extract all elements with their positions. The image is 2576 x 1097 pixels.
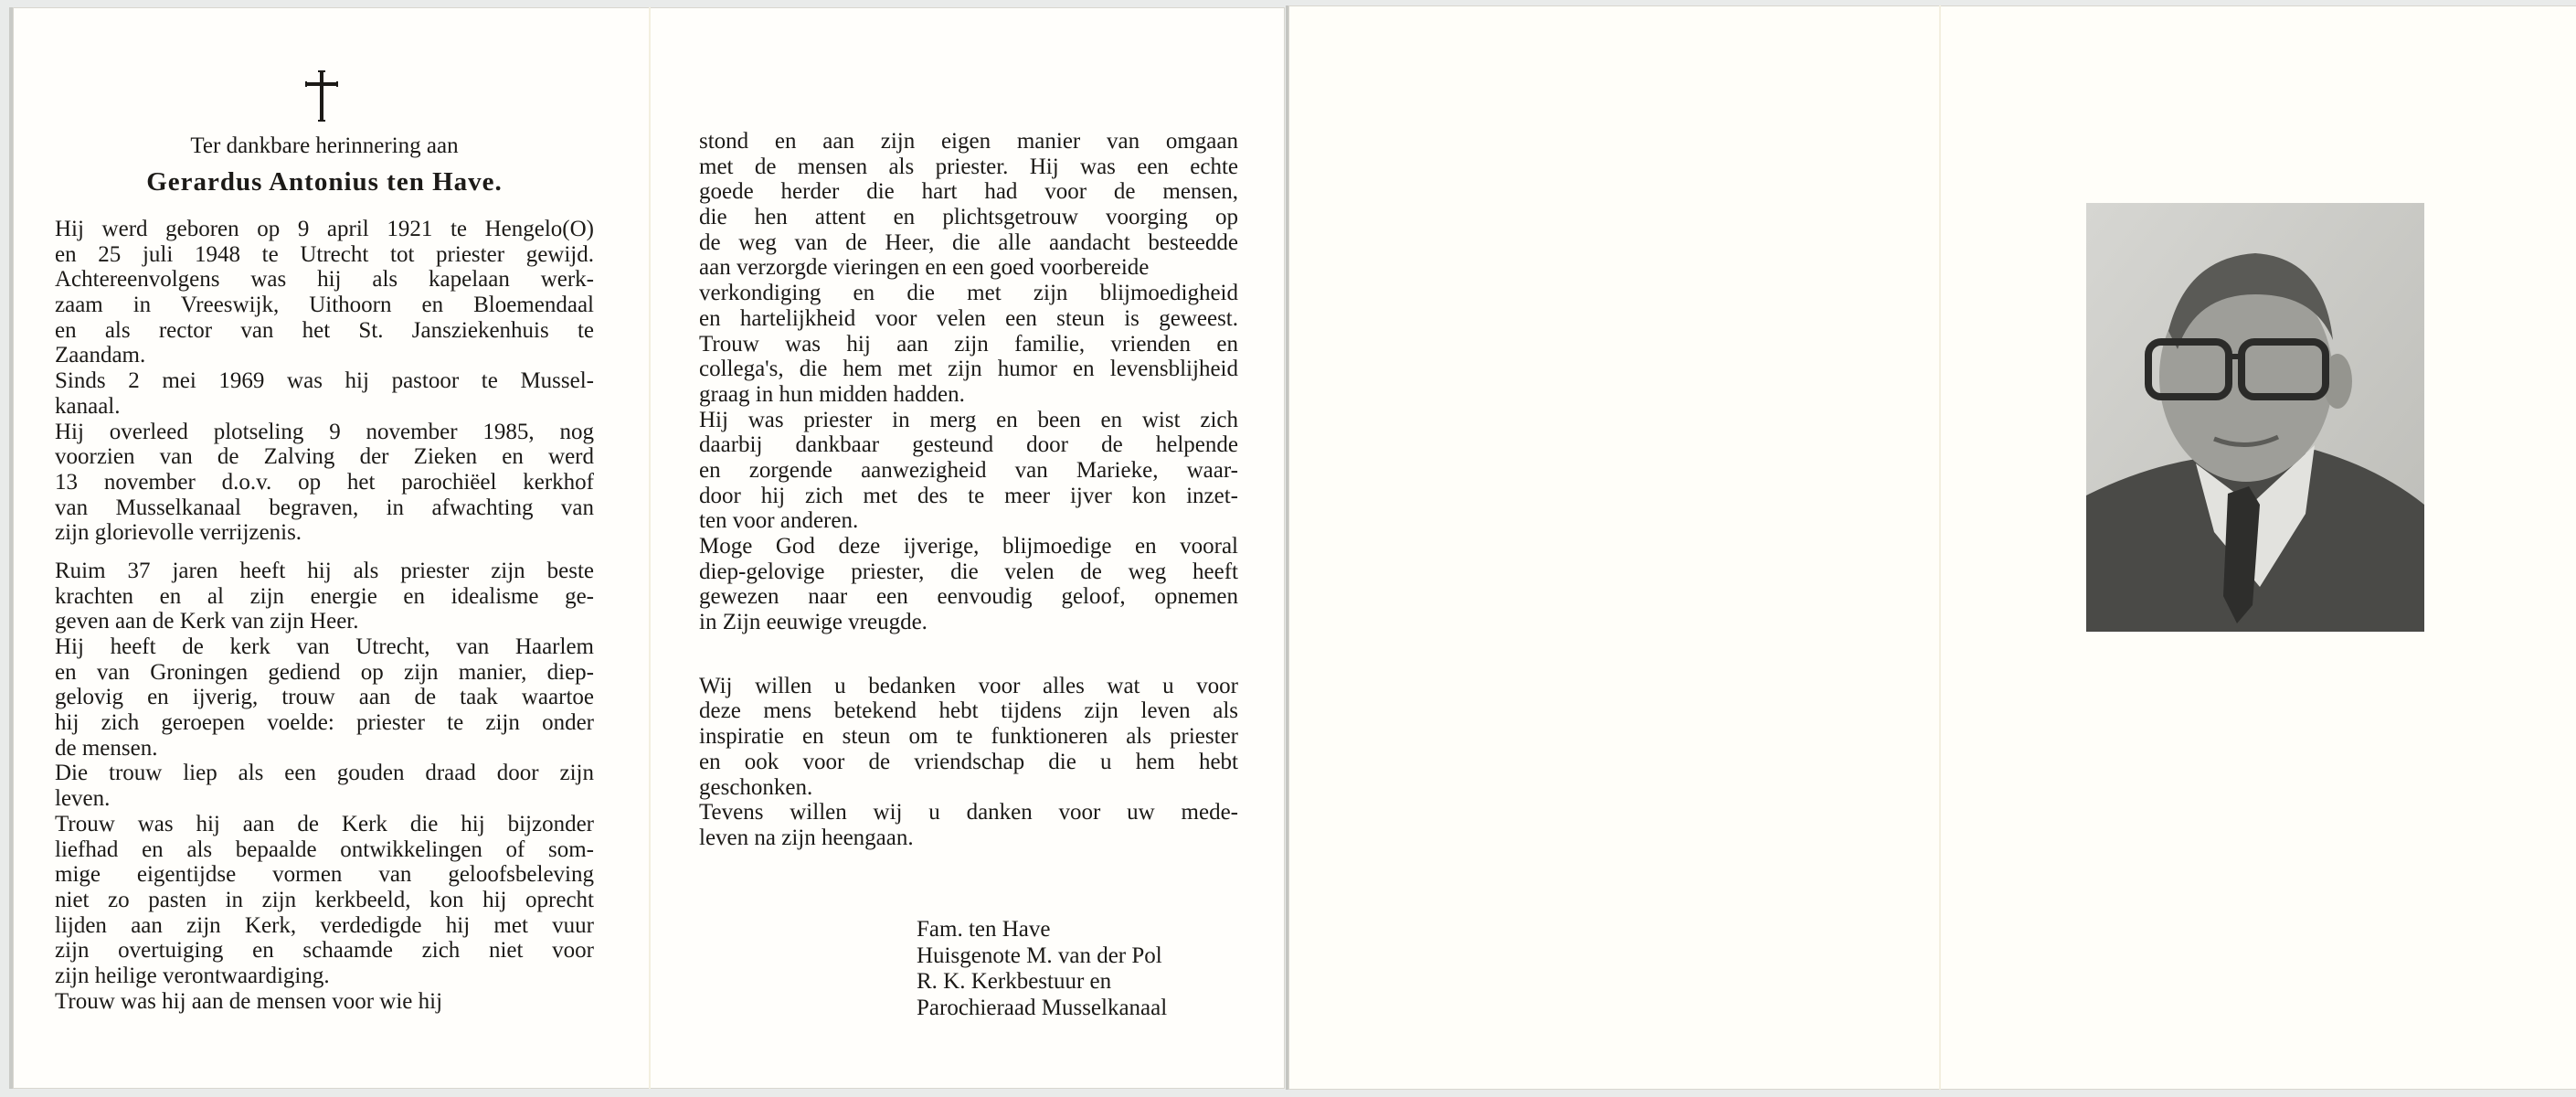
text-line: zijn heilige verontwaardiging. <box>55 964 594 989</box>
text-line: goede herder die hart had voor de mensen… <box>699 179 1238 205</box>
text-line: Trouw was hij aan de Kerk die hij bijzon… <box>55 812 594 837</box>
text-line: Hij werd geboren op 9 april 1921 te Heng… <box>55 217 594 242</box>
paragraph-gap <box>699 648 1238 661</box>
text-line: Moge God deze ijverige, blijmoedige en v… <box>699 534 1238 559</box>
intro-text: Ter dankbare herinnering aan <box>55 133 594 159</box>
text-line: Trouw was hij aan de mensen voor wie hij <box>55 989 594 1015</box>
text-line: van Musselkanaal begraven, in afwachting… <box>55 495 594 521</box>
text-line: de mensen. <box>55 736 594 762</box>
text-line: liefhad en als bepaalde ontwikkelingen o… <box>55 837 594 863</box>
text-line: Wij willen u bedanken voor alles wat u v… <box>699 674 1238 699</box>
deceased-name: Gerardus Antonius ten Have. <box>55 167 594 197</box>
text-line: leven. <box>55 786 594 812</box>
text-line: collega's, die hem met zijn humor en lev… <box>699 357 1238 382</box>
text-line: Ruim 37 jaren heeft hij als priester zij… <box>55 559 594 584</box>
text-line: deze mens betekend hebt tijdens zijn lev… <box>699 698 1238 724</box>
text-line: Hij was priester in merg en been en wist… <box>699 408 1238 433</box>
tribute-column: stond en aan zijn eigen manier van omgaa… <box>699 129 1238 851</box>
text-line: en als rector van het St. Jansziekenhuis… <box>55 318 594 344</box>
signatory-line: Huisgenote M. van der Pol <box>917 943 1167 970</box>
text-line: gewezen naar een eenvoudig geloof, opnem… <box>699 584 1238 610</box>
text-line: graag in hun midden hadden. <box>699 382 1238 408</box>
text-line: en hartelijkheid voor velen een steun is… <box>699 306 1238 332</box>
text-line: en ook voor de vriendschap die u hem heb… <box>699 750 1238 775</box>
signatories: Fam. ten HaveHuisgenote M. van der PolR.… <box>917 917 1167 1021</box>
text-line: aan verzorgde vieringen en een goed voor… <box>699 255 1238 281</box>
fold-line <box>649 7 651 1089</box>
text-line: 13 november d.o.v. op het parochiëel ker… <box>55 470 594 495</box>
text-line: daarbij dankbaar gesteund door de helpen… <box>699 432 1238 458</box>
text-line: Hij heeft de kerk van Utrecht, van Haarl… <box>55 634 594 660</box>
text-line: stond en aan zijn eigen manier van omgaa… <box>699 129 1238 154</box>
text-line: geven aan de Kerk van zijn Heer. <box>55 609 594 634</box>
text-line: gelovig en ijverig, trouw aan de taak wa… <box>55 685 594 710</box>
text-line: krachten en al zijn energie en idealisme… <box>55 584 594 610</box>
text-line: mige eigentijdse vormen van geloofsbelev… <box>55 862 594 888</box>
text-line: hij zich geroepen voelde: priester te zi… <box>55 710 594 736</box>
text-line: met de mensen als priester. Hij was een … <box>699 154 1238 180</box>
text-line: Trouw was hij aan zijn familie, vrienden… <box>699 332 1238 357</box>
text-line: zijn overtuiging en schaamde zich niet v… <box>55 938 594 964</box>
text-line: inspiratie en steun om te funktioneren a… <box>699 724 1238 750</box>
fold-line <box>1939 5 1941 1090</box>
text-line: leven na zijn heengaan. <box>699 825 1238 851</box>
text-line: Tevens willen wij u danken voor uw mede- <box>699 800 1238 825</box>
text-line: niet zo pasten in zijn kerkbeeld, kon hi… <box>55 888 594 913</box>
text-line: geschonken. <box>699 775 1238 801</box>
text-line: ten voor anderen. <box>699 508 1238 534</box>
biography-column: Hij werd geboren op 9 april 1921 te Heng… <box>55 217 594 1014</box>
text-line: en van Groningen gediend op zijn manier,… <box>55 660 594 686</box>
text-line: diep-gelovige priester, die velen de weg… <box>699 559 1238 585</box>
text-line: Achtereenvolgens was hij als kapelaan we… <box>55 267 594 293</box>
text-line: Zaandam. <box>55 343 594 368</box>
text-line: en 25 juli 1948 te Utrecht tot priester … <box>55 242 594 268</box>
paragraph-gap <box>55 546 594 559</box>
signatory-line: Fam. ten Have <box>917 917 1167 943</box>
text-line: en zorgende aanwezigheid van Marieke, wa… <box>699 458 1238 484</box>
text-line: Sinds 2 mei 1969 was hij pastoor te Muss… <box>55 368 594 394</box>
signatory-line: Parochieraad Musselkanaal <box>917 996 1167 1022</box>
text-line: voorzien van de Zalving der Zieken en we… <box>55 444 594 470</box>
signatory-line: R. K. Kerkbestuur en <box>917 969 1167 996</box>
paragraph-gap <box>699 661 1238 674</box>
text-line: zaam in Vreeswijk, Uithoorn en Bloemenda… <box>55 293 594 318</box>
text-line: door hij zich met des te meer ijver kon … <box>699 484 1238 509</box>
text-line: Hij overleed plotseling 9 november 1985,… <box>55 420 594 445</box>
text-line: Die trouw liep als een gouden draad door… <box>55 761 594 786</box>
text-line: in Zijn eeuwige vreugde. <box>699 610 1238 635</box>
text-line: die hen attent en plichtsgetrouw voorgin… <box>699 205 1238 230</box>
text-line: kanaal. <box>55 394 594 420</box>
text-line: zijn glorievolle verrijzenis. <box>55 520 594 546</box>
cross-icon <box>303 69 340 122</box>
text-line: verkondiging en die met zijn blijmoedigh… <box>699 281 1238 306</box>
text-line: de weg van de Heer, die alle aandacht be… <box>699 230 1238 256</box>
portrait-photo <box>2086 203 2424 632</box>
paragraph-gap <box>699 635 1238 648</box>
text-line: lijden aan zijn Kerk, verdedigde hij met… <box>55 913 594 939</box>
